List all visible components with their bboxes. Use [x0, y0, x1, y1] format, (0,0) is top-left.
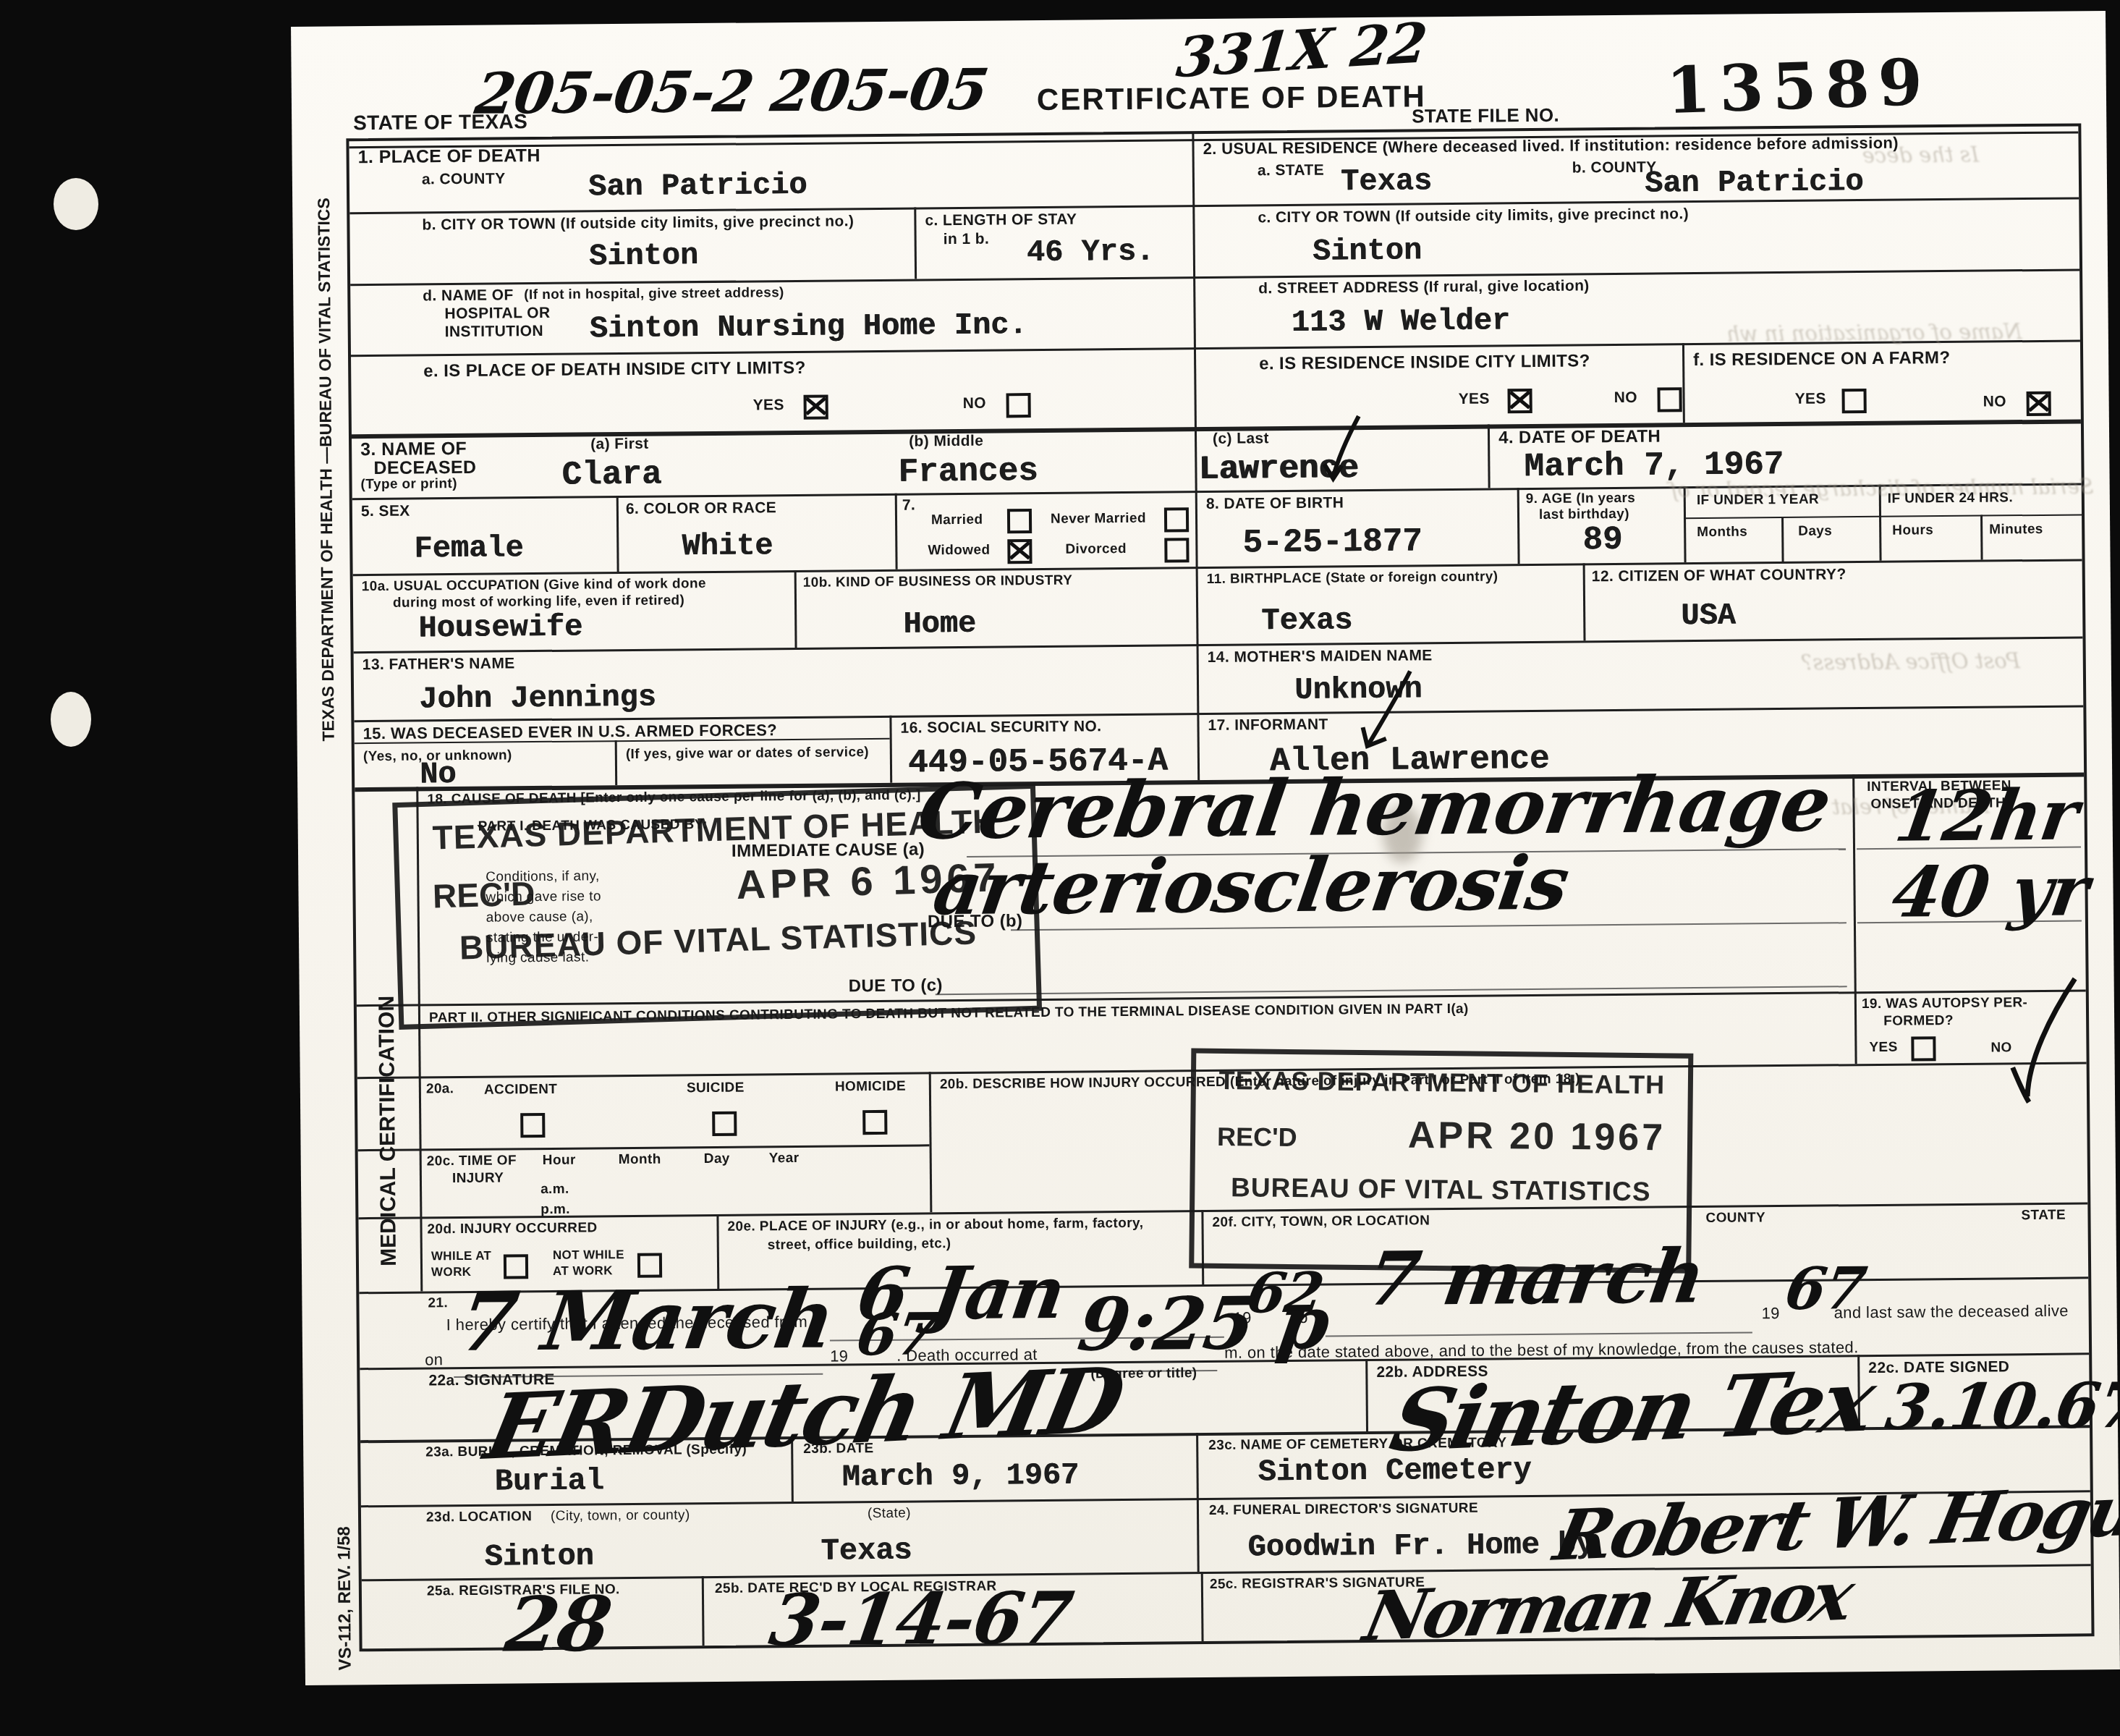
days-label: Days: [1798, 523, 1832, 539]
minutes-label: Minutes: [1989, 522, 2043, 538]
homicide-checkbox: [862, 1110, 887, 1135]
citizen-country-label: 12. CITIZEN OF WHAT COUNTRY?: [1592, 566, 1846, 585]
no-label: NO: [963, 395, 987, 412]
residence-city-value: Sinton: [1313, 233, 1422, 268]
not-while-at-work-label: NOT WHILE: [553, 1248, 624, 1263]
certify-num: 21.: [428, 1295, 448, 1311]
bleed-through-text: Post Office Address?: [1802, 648, 2020, 675]
certify-text-2: and last saw the deceased alive: [1834, 1302, 2069, 1323]
sex-label: 5. SEX: [361, 503, 410, 521]
hospital-name-label2: HOSPITAL OR: [444, 305, 550, 323]
certify-on: on: [425, 1350, 444, 1369]
month-label: Month: [619, 1152, 661, 1169]
handwritten-arrow: [1314, 413, 1365, 483]
type-or-print-label: (Type or print): [360, 476, 457, 493]
informant-label: 17. INFORMANT: [1208, 716, 1328, 734]
yes-label: YES: [1869, 1040, 1897, 1056]
color-or-race-label: 6. COLOR OR RACE: [626, 499, 776, 518]
death-city-limits-yes-checkbox: [804, 395, 828, 420]
death-city-limits-no-checkbox: [1006, 393, 1031, 418]
year-label: Year: [769, 1151, 800, 1166]
mothers-maiden-name-label: 14. MOTHER'S MAIDEN NAME: [1208, 647, 1433, 666]
birthplace-value: Texas: [1261, 603, 1352, 638]
injury-20a-label: 20a.: [426, 1081, 454, 1097]
business-industry-value: Home: [903, 606, 976, 642]
marital-status-label: 7.: [902, 496, 916, 514]
cause-b-value: arteriosclerosis: [928, 840, 1574, 933]
injury-occurred-label: 20d. INJURY OCCURRED: [427, 1220, 597, 1237]
burial-location-city: Sinton: [484, 1538, 594, 1574]
suicide-checkbox: [712, 1112, 737, 1136]
day-label: Day: [704, 1151, 730, 1167]
burial-date-value: March 9, 1967: [841, 1458, 1079, 1495]
burial-location-label: 23d. LOCATION: [426, 1509, 532, 1525]
date-recd-registrar-value: 3-14-67: [765, 1577, 1077, 1663]
certify-hw-year-2: 67: [1781, 1254, 1870, 1323]
department-vertical-label: TEXAS DEPARTMENT OF HEALTH —BUREAU OF VI…: [314, 198, 339, 742]
physician-address: Sinton Tex: [1383, 1350, 1881, 1471]
length-of-stay-label2: in 1 b.: [944, 231, 990, 249]
street-address-label: d. STREET ADDRESS (If rural, give locati…: [1258, 277, 1590, 297]
autopsy-label: 19. WAS AUTOPSY PER-: [1862, 995, 2028, 1012]
injury-county-label: COUNTY: [1705, 1210, 1765, 1227]
yes-label: YES: [1458, 391, 1489, 408]
time-of-injury-label: 20c. TIME OF: [427, 1153, 517, 1169]
autopsy-yes-checkbox: [1911, 1036, 1935, 1061]
usual-occupation-label2: during most of working life, even if ret…: [393, 593, 685, 611]
interval-a-value: 12hr: [1890, 774, 2083, 857]
last-name-label: (c) Last: [1213, 430, 1269, 448]
color-or-race-value: White: [682, 528, 773, 564]
autopsy-label2: FORMED?: [1883, 1013, 1954, 1030]
handwritten-header-code: 331X 22: [1174, 10, 1430, 90]
death-inside-city-limits-label: e. IS PLACE OF DEATH INSIDE CITY LIMITS?: [423, 358, 806, 382]
residence-city-limits-no-checkbox: [1657, 387, 1682, 412]
stamp-date: APR 20 1967: [1408, 1114, 1666, 1160]
accident-label: ACCIDENT: [484, 1082, 558, 1098]
married-checkbox: [1007, 509, 1032, 533]
never-married-label: Never Married: [1051, 511, 1146, 528]
am-label: a.m.: [540, 1182, 569, 1198]
county-value: San Patricio: [588, 168, 807, 205]
time-of-injury-label2: INJURY: [452, 1170, 504, 1187]
middle-name-label: (b) Middle: [909, 433, 983, 451]
sex-value: Female: [414, 530, 524, 566]
city-or-town-label: b. CITY OR TOWN (If outside city limits,…: [422, 213, 854, 234]
residence-inside-city-limits-label: e. IS RESIDENCE INSIDE CITY LIMITS?: [1259, 351, 1590, 374]
certify-year-2: 19: [1762, 1304, 1781, 1323]
pm-label: p.m.: [540, 1202, 570, 1218]
date-signed-value: 3.10.67: [1881, 1369, 2120, 1444]
date-of-death-label: 4. DATE OF DEATH: [1498, 426, 1661, 448]
middle-name-value: Frances: [898, 452, 1038, 491]
hospital-name-value: Sinton Nursing Home Inc.: [589, 308, 1027, 346]
divorced-checkbox: [1164, 538, 1189, 562]
if-under-1-year-label: IF UNDER 1 YEAR: [1697, 492, 1819, 509]
usual-occupation-value: Housewife: [418, 610, 582, 646]
place-of-injury-label: 20e. PLACE OF INJURY (e.g., in or about …: [727, 1216, 1143, 1235]
date-of-birth-label: 8. DATE OF BIRTH: [1206, 494, 1344, 513]
stamp-bureau-line: BUREAU OF VITAL STATISTICS: [1195, 1172, 1687, 1208]
bleed-through-text: Name of organization in wh: [1726, 319, 2022, 347]
citizen-country-value: USA: [1681, 598, 1736, 634]
date-of-birth-value: 5-25-1877: [1242, 522, 1422, 562]
handwritten-file-numbers: 205-05-2 205-05: [471, 57, 992, 127]
certify-hw-to: 7 march: [1362, 1233, 1710, 1323]
armed-forces-sub2: (If yes, give war or dates of service): [626, 745, 869, 763]
date-of-death-value: March 7, 1967: [1524, 446, 1784, 486]
certify-blank-2: [1326, 1331, 1752, 1337]
stamp-recd-label: REC'D: [432, 873, 535, 915]
scan-background: STATE OF TEXAS 205-05-2 205-05 CERTIFICA…: [0, 0, 2120, 1736]
months-label: Months: [1697, 524, 1747, 541]
hours-label: Hours: [1892, 522, 1933, 538]
length-of-stay-label: c. LENGTH OF STAY: [925, 211, 1077, 230]
state-paren: (State): [868, 1506, 911, 1523]
form-number-label: VS-112, REV. 1/58: [334, 1526, 356, 1671]
widowed-checkbox: [1007, 539, 1032, 564]
usual-occupation-label: 10a. USUAL OCCUPATION (Give kind of work…: [362, 576, 706, 595]
divorced-label: Divorced: [1065, 541, 1127, 558]
scan-artifact-blob: [54, 178, 98, 230]
handwritten-arrow: [1352, 667, 1415, 751]
registrar-file-no-value: 28: [500, 1579, 616, 1669]
hospital-name-paren: (If not in hospital, give street address…: [524, 285, 784, 303]
hospital-name-label: d. NAME OF: [423, 287, 514, 305]
no-label: NO: [1983, 393, 2007, 410]
injury-state-label: STATE: [2021, 1208, 2066, 1224]
funeral-director-label: 24. FUNERAL DIRECTOR'S SIGNATURE: [1209, 1501, 1478, 1519]
medical-certification-vertical-label: MEDICAL CERTIFICATION: [375, 996, 402, 1266]
city-town-county-paren: (City, town, or county): [551, 1507, 690, 1525]
widowed-label: Widowed: [928, 543, 990, 559]
while-at-work-label2: WORK: [431, 1265, 472, 1279]
while-at-work-label: WHILE AT: [431, 1249, 492, 1264]
stamp-agency-line: TEXAS DEPARTMENT OF HEALTH: [1196, 1065, 1688, 1101]
city-or-town-value: Sinton: [589, 238, 699, 274]
residence-on-farm-label: f. IS RESIDENCE ON A FARM?: [1693, 348, 1951, 371]
first-name-label: (a) First: [590, 436, 649, 454]
state-file-no-label: STATE FILE NO.: [1412, 104, 1559, 128]
hospital-name-label3: INSTITUTION: [445, 323, 543, 341]
usual-residence-title: 2. USUAL RESIDENCE (Where deceased lived…: [1203, 134, 1899, 158]
funeral-home-value: Goodwin Fr. Home by: [1247, 1527, 1594, 1564]
state-file-number-stamp: 13589: [1665, 43, 1933, 128]
social-security-label: 16. SOCIAL SECURITY NO.: [900, 718, 1101, 737]
if-under-24-hrs-label: IF UNDER 24 HRS.: [1888, 490, 2013, 507]
residence-state-label: a. STATE: [1258, 162, 1324, 180]
never-married-checkbox: [1164, 507, 1189, 532]
married-label: Married: [931, 512, 983, 529]
certificate-page: STATE OF TEXAS 205-05-2 205-05 CERTIFICA…: [291, 11, 2120, 1685]
street-address-value: 113 W Welder: [1291, 303, 1510, 340]
business-industry-label: 10b. KIND OF BUSINESS OR INDUSTRY: [803, 573, 1073, 591]
age-label: 9. AGE (In years: [1526, 491, 1636, 507]
residence-state-value: Texas: [1341, 164, 1432, 199]
handwritten-check-mark: [2006, 973, 2087, 1111]
hour-label: Hour: [543, 1153, 576, 1169]
age-value: 89: [1582, 521, 1623, 559]
scan-artifact-blob: [51, 692, 91, 747]
residence-farm-yes-checkbox: [1841, 389, 1866, 413]
yes-label: YES: [753, 397, 784, 414]
residence-farm-no-checkbox: [2027, 391, 2051, 416]
no-label: NO: [1614, 389, 1637, 407]
accident-checkbox: [520, 1113, 545, 1138]
homicide-label: HOMICIDE: [835, 1079, 906, 1096]
armed-forces-value: No: [420, 757, 457, 792]
residence-county-value: San Patricio: [1645, 164, 1864, 201]
armed-forces-label: 15. WAS DECEASED EVER IN U.S. ARMED FORC…: [362, 721, 777, 743]
length-of-stay-value: 46 Yrs.: [1027, 234, 1155, 271]
certificate-form: MEDICAL CERTIFICATION 1. PLACE OF DEATH …: [346, 123, 2094, 1651]
residence-city-limits-yes-checkbox: [1507, 389, 1532, 413]
burial-location-state: Texas: [821, 1533, 912, 1569]
fathers-name-value: John Jennings: [419, 680, 656, 717]
place-of-death-title: 1. PLACE OF DEATH: [358, 145, 540, 168]
interval-b-value: 40 yr: [1887, 850, 2093, 933]
county-label: a. COUNTY: [422, 170, 506, 188]
stamp-recd-label: REC'D: [1217, 1122, 1297, 1153]
yes-label: YES: [1795, 390, 1826, 407]
fathers-name-label: 13. FATHER'S NAME: [362, 655, 515, 674]
birthplace-label: 11. BIRTHPLACE (State or foreign country…: [1207, 569, 1498, 588]
suicide-label: SUICIDE: [687, 1080, 745, 1097]
first-name-value: Clara: [561, 456, 661, 494]
certify-hw-on: 7 March: [454, 1271, 841, 1370]
residence-city-label: c. CITY OR TOWN (If outside city limits,…: [1258, 206, 1689, 226]
